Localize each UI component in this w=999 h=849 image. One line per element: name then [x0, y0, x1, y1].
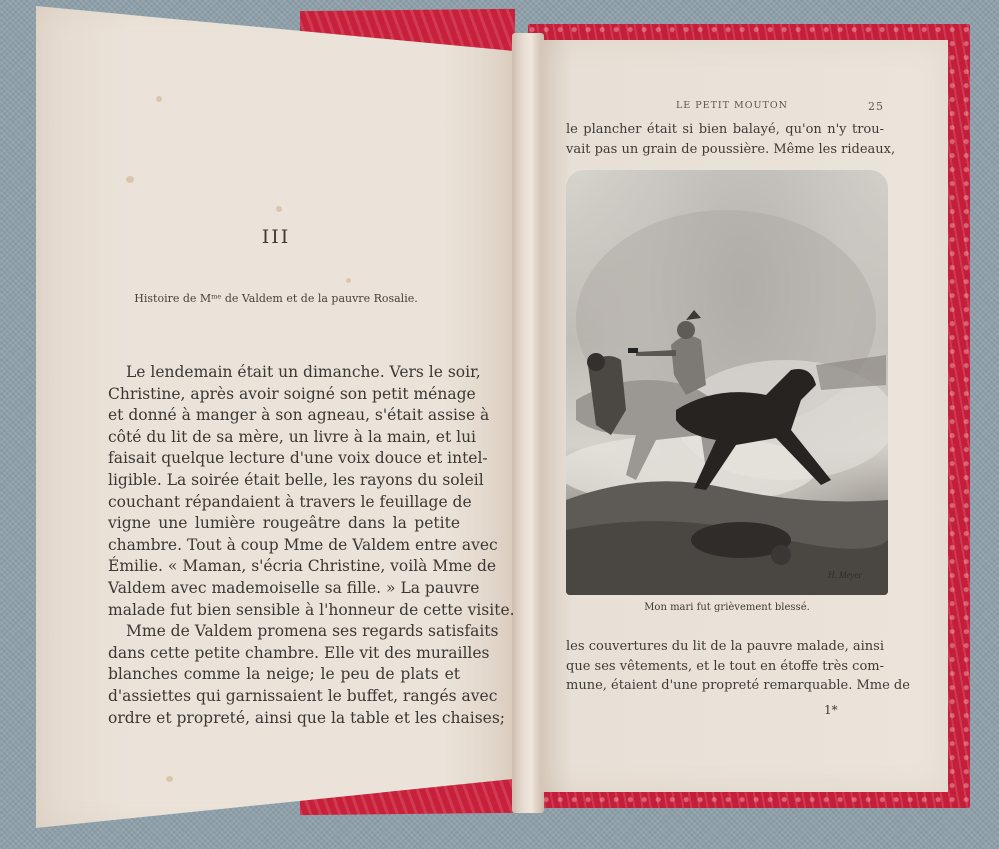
- chapter-title-sup: me: [211, 292, 221, 300]
- text-line: vait pas un grain de poussière. Même les…: [566, 140, 884, 160]
- text-line: le plancher était si bien balayé, qu'on …: [566, 120, 884, 140]
- chapter-number: III: [36, 226, 516, 248]
- page-number: 25: [868, 100, 884, 113]
- artist-signature: H. Meyer: [827, 570, 862, 580]
- text-line: vigne une lumière rougeâtre dans la peti…: [108, 513, 460, 535]
- foxing-spot: [276, 206, 282, 212]
- text-line: les couvertures du lit de la pauvre mala…: [566, 637, 884, 657]
- foxing-spot: [156, 96, 162, 102]
- text-line: Émilie. « Maman, s'écria Christine, voil…: [108, 556, 460, 578]
- left-page-body-text: Le lendemain était un dimanche. Vers le …: [108, 362, 460, 729]
- chapter-title-text: Histoire de M: [134, 292, 211, 305]
- cavalry-engraving-icon: H. Meyer: [566, 170, 888, 595]
- text-line: couchant répandaient à travers le feuill…: [108, 492, 460, 514]
- foxing-spot: [346, 278, 351, 283]
- right-page-bottom-text: les couvertures du lit de la pauvre mala…: [566, 637, 884, 696]
- text-line: mune, étaient d'une propreté remarquable…: [566, 676, 884, 696]
- text-line: faisait quelque lecture d'une voix douce…: [108, 448, 460, 470]
- text-line: dans cette petite chambre. Elle vit des …: [108, 643, 460, 665]
- foxing-spot: [166, 776, 173, 782]
- foxing-spot: [126, 176, 134, 183]
- chapter-title: Histoire de Mme de Valdem et de la pauvr…: [36, 292, 516, 305]
- text-line: que ses vêtements, et le tout en étoffe …: [566, 657, 884, 677]
- text-line: chambre. Tout à coup Mme de Valdem entre…: [108, 535, 460, 557]
- right-page-top-text: le plancher était si bien balayé, qu'on …: [566, 120, 884, 159]
- printer-signature-mark: 1*: [824, 703, 838, 717]
- text-line: côté du lit de sa mère, un livre à la ma…: [108, 427, 460, 449]
- chapter-title-text: de Valdem et de la pauvre Rosalie.: [221, 292, 417, 305]
- text-line: Christine, après avoir soigné son petit …: [108, 384, 460, 406]
- running-title: LE PETIT MOUTON: [676, 100, 788, 111]
- text-line: d'assiettes qui garnissaient le buffet, …: [108, 686, 460, 708]
- text-line: Mme de Valdem promena ses regards satisf…: [108, 621, 460, 643]
- text-line: blanches comme la neige; le peu de plats…: [108, 664, 460, 686]
- open-book-photo: III Histoire de Mme de Valdem et de la p…: [0, 0, 999, 849]
- text-line: ordre et propreté, ainsi que la table et…: [108, 708, 460, 730]
- engraving-illustration: H. Meyer: [566, 170, 888, 595]
- text-line: ligible. La soirée était belle, les rayo…: [108, 470, 460, 492]
- text-line: et donné à manger à son agneau, s'était …: [108, 405, 460, 427]
- text-line: Le lendemain était un dimanche. Vers le …: [108, 362, 460, 384]
- text-line: malade fut bien sensible à l'honneur de …: [108, 600, 460, 622]
- illustration-caption: Mon mari fut grièvement blessé.: [566, 602, 888, 613]
- text-line: Valdem avec mademoiselle sa fille. » La …: [108, 578, 460, 600]
